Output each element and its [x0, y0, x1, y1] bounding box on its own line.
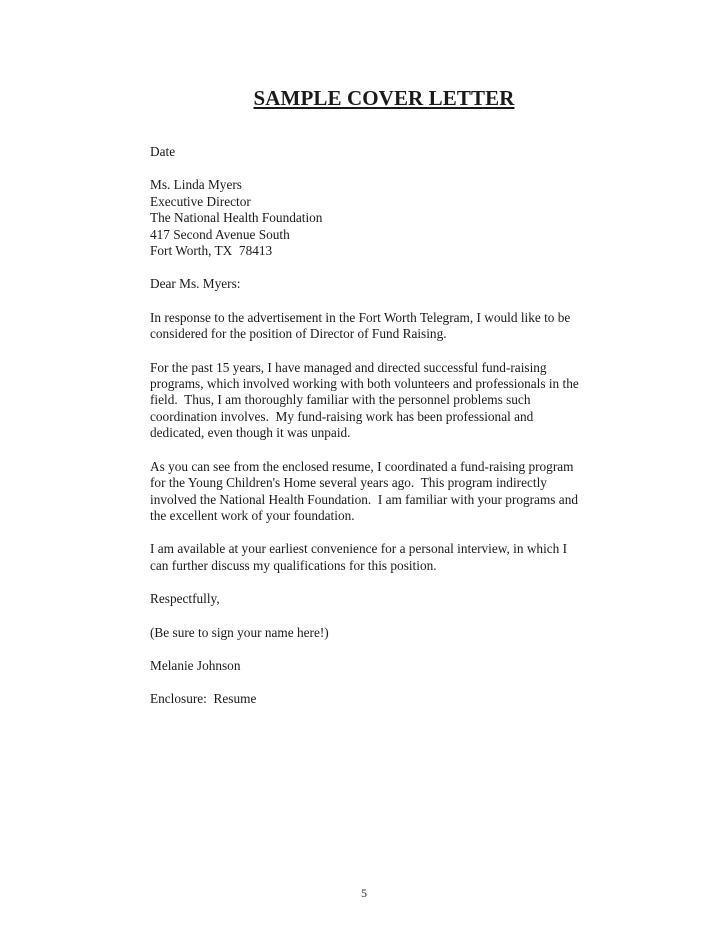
date-line: Date	[150, 144, 620, 160]
letter-paragraph: As you can see from the enclosed resume,…	[150, 459, 620, 525]
paragraph-line: dedicated, even though it was unpaid.	[150, 425, 620, 441]
letter-body: Date Ms. Linda Myers Executive Director …	[150, 144, 620, 708]
paragraph-line: considered for the position of Director …	[150, 326, 620, 342]
paragraph-line: For the past 15 years, I have managed an…	[150, 360, 620, 376]
letter-paragraph: In response to the advertisement in the …	[150, 310, 620, 343]
letter-paragraph: I am available at your earliest convenie…	[150, 541, 620, 574]
salutation: Dear Ms. Myers:	[150, 276, 620, 292]
paragraph-line: can further discuss my qualifications fo…	[150, 558, 620, 574]
page-number: 5	[361, 886, 367, 901]
paragraph-line: field. Thus, I am thoroughly familiar wi…	[150, 392, 620, 408]
recipient-street: 417 Second Avenue South	[150, 227, 620, 243]
recipient-address: Ms. Linda Myers Executive Director The N…	[150, 177, 620, 259]
enclosure-line: Enclosure: Resume	[150, 691, 620, 707]
paragraph-line: As you can see from the enclosed resume,…	[150, 459, 620, 475]
document-title: SAMPLE COVER LETTER	[0, 86, 728, 111]
signer-name: Melanie Johnson	[150, 658, 620, 674]
letter-paragraphs: In response to the advertisement in the …	[150, 310, 620, 591]
paragraph-line: In response to the advertisement in the …	[150, 310, 620, 326]
paragraph-line: the excellent work of your foundation.	[150, 508, 620, 524]
signature-note: (Be sure to sign your name here!)	[150, 625, 620, 641]
recipient-position: Executive Director	[150, 194, 620, 210]
letter-paragraph: For the past 15 years, I have managed an…	[150, 360, 620, 442]
recipient-city-state-zip: Fort Worth, TX 78413	[150, 243, 620, 259]
paragraph-line: for the Young Children's Home several ye…	[150, 475, 620, 491]
paragraph-line: I am available at your earliest convenie…	[150, 541, 620, 557]
recipient-organization: The National Health Foundation	[150, 210, 620, 226]
paragraph-line: programs, which involved working with bo…	[150, 376, 620, 392]
closing: Respectfully,	[150, 591, 620, 607]
paragraph-line: coordination involves. My fund-raising w…	[150, 409, 620, 425]
paragraph-line: involved the National Health Foundation.…	[150, 492, 620, 508]
recipient-name: Ms. Linda Myers	[150, 177, 620, 193]
